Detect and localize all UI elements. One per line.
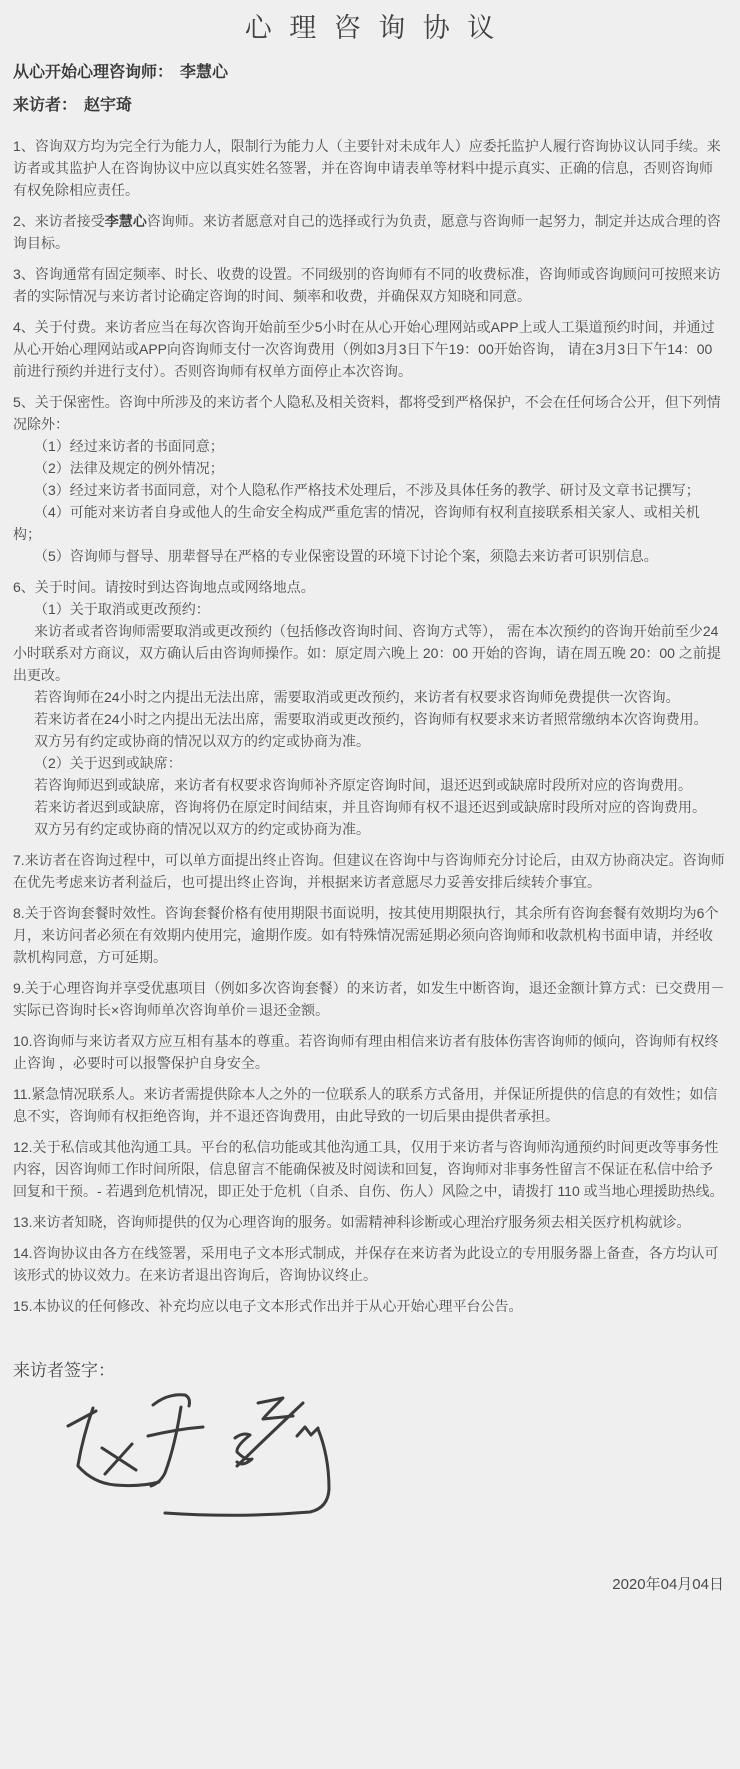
clause-8: 8.关于咨询套餐时效性。咨询套餐价格有使用期限书面说明，按其使用期限执行，其余所… xyxy=(13,902,726,968)
signature-label: 来访者签字： xyxy=(13,1359,726,1383)
clause-text: （2）关于迟到或缺席： xyxy=(34,755,182,771)
handwritten-signature xyxy=(63,1391,333,1521)
clause-text: 双方另有约定或协商的情况以双方的约定或协商为准。 xyxy=(34,733,370,749)
counselor-label: 从心开始心理咨询师： xyxy=(13,64,173,81)
clause-paragraph: 15.本协议的任何修改、补充均应以电子文本形式作出并于从心开始心理平台公告。 xyxy=(13,1295,726,1317)
clause-5: 5、关于保密性。咨询中所涉及的来访者个人隐私及相关资料，都将受到严格保护，不会在… xyxy=(13,391,726,567)
clause-text: 8.关于咨询套餐时效性。咨询套餐价格有使用期限书面说明，按其使用期限执行，其余所… xyxy=(13,905,718,965)
clause-3: 3、咨询通常有固定频率、时长、收费的设置。不同级别的咨询师有不同的收费标准，咨询… xyxy=(13,263,726,307)
clause-text: （3）经过来访者书面同意，对个人隐私作严格技术处理后，不涉及具体任务的教学、研讨… xyxy=(34,482,700,498)
clause-text: 13.来访者知晓，咨询师提供的仅为心理咨询的服务。如需精神科诊断或心理治疗服务须… xyxy=(13,1214,690,1230)
clause-11: 11.紧急情况联系人。来访者需提供除本人之外的一位联系人的联系方式备用，并保证所… xyxy=(13,1083,726,1127)
visitor-label: 来访者： xyxy=(13,97,77,114)
clause-paragraph: （1）关于取消或更改预约： xyxy=(13,598,726,620)
clause-text: 11.紧急情况联系人。来访者需提供除本人之外的一位联系人的联系方式备用，并保证所… xyxy=(13,1086,717,1124)
clause-4: 4、关于付费。来访者应当在每次咨询开始前至少5小时在从心开始心理网站或APP上或… xyxy=(13,316,726,382)
clause-text: 若咨询师在24小时之内提出无法出席，需要取消或更改预约，来访者有权要求咨询师免费… xyxy=(34,689,680,705)
clause-paragraph: 2、来访者接受李慧心咨询师。来访者愿意对自己的选择或行为负责，愿意与咨询师一起努… xyxy=(13,210,726,254)
visitor-line: 来访者：赵宇琦 xyxy=(13,95,726,117)
clause-text: 若来访者在24小时之内提出无法出席，需要取消或更改预约，咨询师有权要求来访者照常… xyxy=(34,711,708,727)
clause-1: 1、咨询双方均为完全行为能力人，限制行为能力人（主要针对未成年人）应委托监护人履… xyxy=(13,135,726,201)
clause-15: 15.本协议的任何修改、补充均应以电子文本形式作出并于从心开始心理平台公告。 xyxy=(13,1295,726,1317)
clause-paragraph: 若来访者迟到或缺席，咨询将仍在原定时间结束，并且咨询师有权不退还迟到或缺席时段所… xyxy=(13,796,726,818)
clause-paragraph: 双方另有约定或协商的情况以双方的约定或协商为准。 xyxy=(13,818,726,840)
clause-text: 14.咨询协议由各方在线签署，采用电子文本形式制成，并保存在来访者为此设立的专用… xyxy=(13,1245,718,1283)
signature-area xyxy=(63,1391,333,1521)
clause-text: （1）经过来访者的书面同意； xyxy=(34,438,224,454)
clause-text: 3、咨询通常有固定频率、时长、收费的设置。不同级别的咨询师有不同的收费标准，咨询… xyxy=(13,266,721,304)
clause-paragraph: 若咨询师迟到或缺席，来访者有权要求咨询师补齐原定咨询时间，退还迟到或缺席时段所对… xyxy=(13,774,726,796)
clause-text: （1）关于取消或更改预约： xyxy=(34,601,210,617)
clause-paragraph: 7.来访者在咨询过程中，可以单方面提出终止咨询。但建议在咨询中与咨询师充分讨论后… xyxy=(13,849,726,893)
clause-text: 若来访者迟到或缺席，咨询将仍在原定时间结束，并且咨询师有权不退还迟到或缺席时段所… xyxy=(34,799,706,815)
clause-paragraph: （3）经过来访者书面同意，对个人隐私作严格技术处理后，不涉及具体任务的教学、研讨… xyxy=(13,479,726,501)
clause-text: 9.关于心理咨询并享受优惠项目（例如多次咨询套餐）的来访者，如发生中断咨询，退还… xyxy=(13,980,725,1018)
clause-9: 9.关于心理咨询并享受优惠项目（例如多次咨询套餐）的来访者，如发生中断咨询，退还… xyxy=(13,977,726,1021)
clause-text: 10.咨询师与来访者双方应互相有基本的尊重。若咨询师有理由相信来访者有肢体伤害咨… xyxy=(13,1033,718,1071)
clause-text: （4）可能对来访者自身或他人的生命安全构成严重危害的情况，咨询师有权利直接联系相… xyxy=(13,504,700,542)
clause-paragraph: 12.关于私信或其他沟通工具。平台的私信功能或其他沟通工具，仅用于来访者与咨询师… xyxy=(13,1136,726,1202)
clause-6: 6、关于时间。请按时到达咨询地点或网络地点。（1）关于取消或更改预约：来访者或者… xyxy=(13,576,726,840)
clause-paragraph: 13.来访者知晓，咨询师提供的仅为心理咨询的服务。如需精神科诊断或心理治疗服务须… xyxy=(13,1211,726,1233)
clause-14: 14.咨询协议由各方在线签署，采用电子文本形式制成，并保存在来访者为此设立的专用… xyxy=(13,1242,726,1286)
agreement-date: 2020年04月04日 xyxy=(13,1575,724,1595)
clause-paragraph: 6、关于时间。请按时到达咨询地点或网络地点。 xyxy=(13,576,726,598)
clause-paragraph: （2）法律及规定的例外情况； xyxy=(13,457,726,479)
clause-text: 1、咨询双方均为完全行为能力人，限制行为能力人（主要针对未成年人）应委托监护人履… xyxy=(13,138,721,198)
clause-text: 6、关于时间。请按时到达咨询地点或网络地点。 xyxy=(13,579,315,595)
clause-paragraph: 5、关于保密性。咨询中所涉及的来访者个人隐私及相关资料，都将受到严格保护，不会在… xyxy=(13,391,726,435)
clause-paragraph: 9.关于心理咨询并享受优惠项目（例如多次咨询套餐）的来访者，如发生中断咨询，退还… xyxy=(13,977,726,1021)
clause-text: 若咨询师迟到或缺席，来访者有权要求咨询师补齐原定咨询时间，退还迟到或缺席时段所对… xyxy=(34,777,692,793)
clause-paragraph: （5）咨询师与督导、朋辈督导在严格的专业保密设置的环境下讨论个案，须隐去来访者可… xyxy=(13,545,726,567)
clause-paragraph: 来访者或者咨询师需要取消或更改预约（包括修改咨询时间、咨询方式等）， 需在本次预… xyxy=(13,620,726,686)
clause-text: 4、关于付费。来访者应当在每次咨询开始前至少5小时在从心开始心理网站或APP上或… xyxy=(13,319,715,379)
clause-paragraph: （4）可能对来访者自身或他人的生命安全构成严重危害的情况，咨询师有权利直接联系相… xyxy=(13,501,726,545)
clause-text: 12.关于私信或其他沟通工具。平台的私信功能或其他沟通工具，仅用于来访者与咨询师… xyxy=(13,1139,724,1199)
clause-7: 7.来访者在咨询过程中，可以单方面提出终止咨询。但建议在咨询中与咨询师充分讨论后… xyxy=(13,849,726,893)
clause-12: 12.关于私信或其他沟通工具。平台的私信功能或其他沟通工具，仅用于来访者与咨询师… xyxy=(13,1136,726,1202)
clause-10: 10.咨询师与来访者双方应互相有基本的尊重。若咨询师有理由相信来访者有肢体伤害咨… xyxy=(13,1030,726,1074)
clause-text: 7.来访者在咨询过程中，可以单方面提出终止咨询。但建议在咨询中与咨询师充分讨论后… xyxy=(13,852,725,890)
clause-text: 5、关于保密性。咨询中所涉及的来访者个人隐私及相关资料，都将受到严格保护，不会在… xyxy=(13,394,721,432)
clause-paragraph: （2）关于迟到或缺席： xyxy=(13,752,726,774)
clause-text: （2）法律及规定的例外情况； xyxy=(34,460,224,476)
clause-text: 15.本协议的任何修改、补充均应以电子文本形式作出并于从心开始心理平台公告。 xyxy=(13,1298,522,1314)
clause-text: （5）咨询师与督导、朋辈督导在严格的专业保密设置的环境下讨论个案，须隐去来访者可… xyxy=(34,548,658,564)
visitor-name: 赵宇琦 xyxy=(84,97,132,114)
clause-paragraph: 3、咨询通常有固定频率、时长、收费的设置。不同级别的咨询师有不同的收费标准，咨询… xyxy=(13,263,726,307)
clause-paragraph: 若来访者在24小时之内提出无法出席，需要取消或更改预约，咨询师有权要求来访者照常… xyxy=(13,708,726,730)
clause-paragraph: （1）经过来访者的书面同意； xyxy=(13,435,726,457)
clause-paragraph: 双方另有约定或协商的情况以双方的约定或协商为准。 xyxy=(13,730,726,752)
clause-13: 13.来访者知晓，咨询师提供的仅为心理咨询的服务。如需精神科诊断或心理治疗服务须… xyxy=(13,1211,726,1233)
clause-paragraph: 若咨询师在24小时之内提出无法出席，需要取消或更改预约，来访者有权要求咨询师免费… xyxy=(13,686,726,708)
clause-paragraph: 1、咨询双方均为完全行为能力人，限制行为能力人（主要针对未成年人）应委托监护人履… xyxy=(13,135,726,201)
clause-paragraph: 11.紧急情况联系人。来访者需提供除本人之外的一位联系人的联系方式备用，并保证所… xyxy=(13,1083,726,1127)
clause-text: 来访者或者咨询师需要取消或更改预约（包括修改咨询时间、咨询方式等）， 需在本次预… xyxy=(13,623,721,683)
page-title: 心 理 咨 询 协 议 xyxy=(13,10,726,46)
clause-list: 1、咨询双方均为完全行为能力人，限制行为能力人（主要针对未成年人）应委托监护人履… xyxy=(13,135,726,1317)
counselor-line: 从心开始心理咨询师：李慧心 xyxy=(13,62,726,84)
agreement-document: 心 理 咨 询 协 议 从心开始心理咨询师：李慧心 来访者：赵宇琦 1、咨询双方… xyxy=(0,0,740,1595)
clause-paragraph: 8.关于咨询套餐时效性。咨询套餐价格有使用期限书面说明，按其使用期限执行，其余所… xyxy=(13,902,726,968)
clause-text: 双方另有约定或协商的情况以双方的约定或协商为准。 xyxy=(34,821,370,837)
clause-paragraph: 10.咨询师与来访者双方应互相有基本的尊重。若咨询师有理由相信来访者有肢体伤害咨… xyxy=(13,1030,726,1074)
counselor-name: 李慧心 xyxy=(180,64,228,81)
clause-paragraph: 14.咨询协议由各方在线签署，采用电子文本形式制成，并保存在来访者为此设立的专用… xyxy=(13,1242,726,1286)
clause-text: 2、来访者接受 xyxy=(13,213,105,229)
clause-2: 2、来访者接受李慧心咨询师。来访者愿意对自己的选择或行为负责，愿意与咨询师一起努… xyxy=(13,210,726,254)
counselor-name-inline: 李慧心 xyxy=(105,213,147,229)
clause-paragraph: 4、关于付费。来访者应当在每次咨询开始前至少5小时在从心开始心理网站或APP上或… xyxy=(13,316,726,382)
